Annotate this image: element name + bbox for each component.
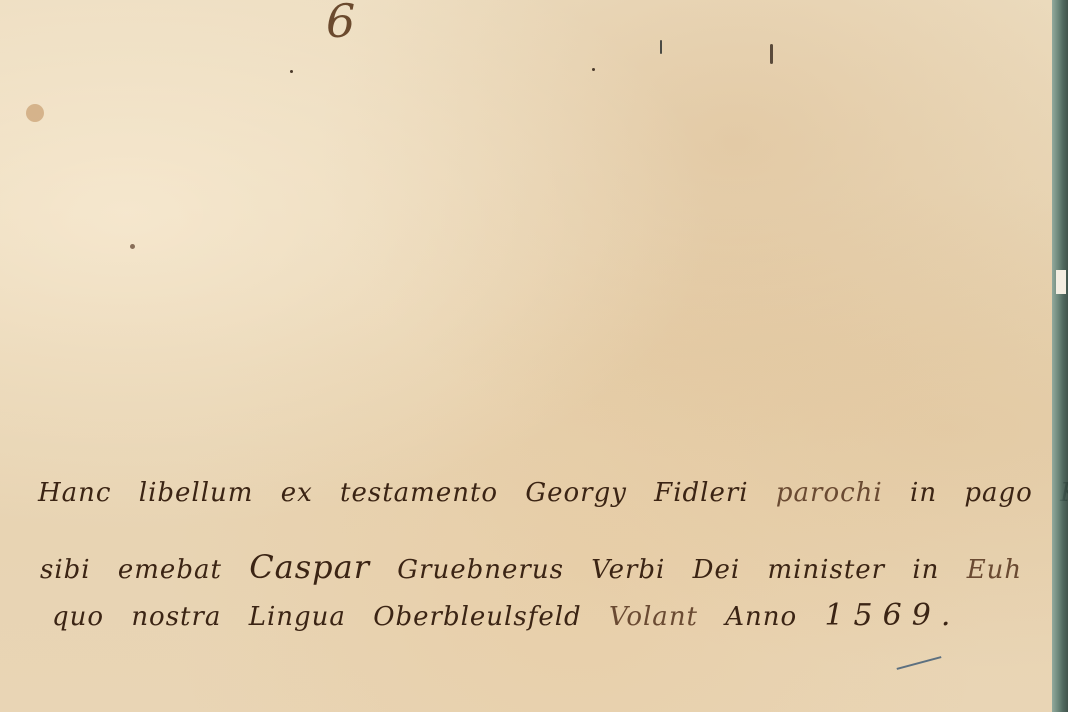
word: libellum [139, 478, 254, 508]
word: Fidleri [654, 478, 748, 508]
spine-gap [1056, 270, 1066, 294]
word: minister [767, 555, 885, 585]
word: Georgy [525, 478, 627, 508]
word: Dei [693, 555, 741, 585]
word: parochi [776, 478, 883, 508]
paper-stain [26, 104, 44, 122]
word: Volant [609, 602, 698, 632]
word: nostra [131, 602, 221, 632]
word: Anno [725, 602, 797, 632]
word: pago [964, 478, 1032, 508]
ink-speck [592, 68, 595, 71]
word: sibi [40, 555, 91, 585]
word: testamento [340, 478, 498, 508]
word: ex [281, 478, 313, 508]
word: Oberbleulsfeld [373, 602, 582, 632]
word: emebat [118, 555, 222, 585]
year: 1569. [824, 598, 960, 633]
ink-speck [660, 40, 662, 54]
word: Lingua [249, 602, 346, 632]
inscription-line-2: sibi emebat Caspar Gruebnerus Verbi Dei … [40, 548, 1040, 586]
inscription-line-1: Hanc libellum ex testamento Georgy Fidle… [38, 478, 1068, 508]
inscription-line-3: quo nostra Lingua Oberbleulsfeld Volant … [52, 598, 978, 633]
word: Verbi [591, 555, 665, 585]
word: Gruebnerus [397, 555, 564, 585]
word: Euh [967, 555, 1022, 585]
ink-speck [770, 44, 773, 64]
word: Caspar [249, 548, 370, 586]
word: Hanc [38, 478, 111, 508]
word: quo [52, 602, 104, 632]
book-spine-edge [1052, 0, 1068, 712]
manuscript-page: 6 Hanc libellum ex testamento Georgy Fid… [0, 0, 1052, 712]
ink-stroke [897, 656, 942, 670]
ink-speck [290, 70, 293, 73]
top-fragment-numeral: 6 [326, 0, 355, 48]
word: in [912, 555, 939, 585]
paper-stain [130, 244, 135, 249]
word: in [910, 478, 937, 508]
